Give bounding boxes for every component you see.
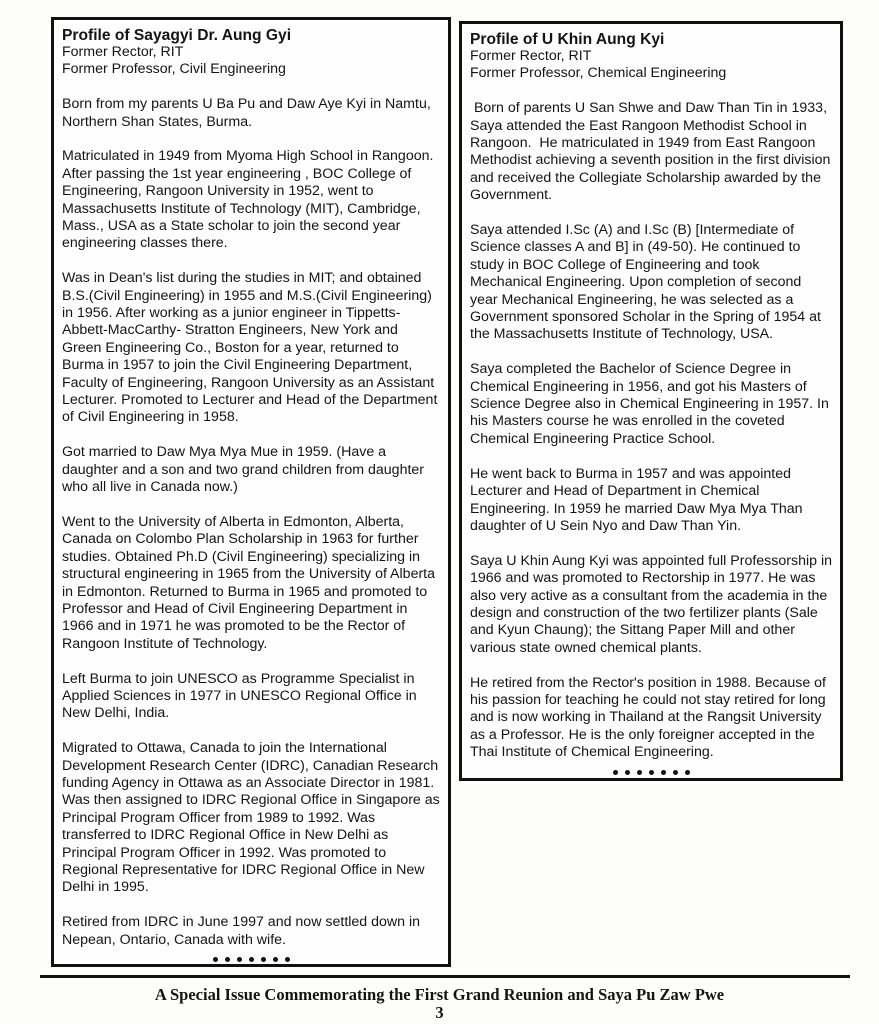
- paragraph: Matriculated in 1949 from Myoma High Sch…: [62, 148, 440, 252]
- paragraph: He went back to Burma in 1957 and was ap…: [470, 466, 832, 536]
- paragraph: Saya completed the Bachelor of Science D…: [470, 361, 832, 448]
- footer-title: A Special Issue Commemorating the First …: [0, 986, 879, 1004]
- profile-title: Profile of U Khin Aung Kyi: [470, 31, 832, 48]
- end-marker-dots-icon: [470, 767, 832, 779]
- paragraph: Left Burma to join UNESCO as Programme S…: [62, 671, 440, 723]
- end-marker-dots-icon: [62, 954, 440, 966]
- paragraph: Migrated to Ottawa, Canada to join the I…: [62, 740, 440, 897]
- paragraph: Was in Dean's list during the studies in…: [62, 270, 440, 427]
- profile-subtitle: Former Rector, RIT: [470, 48, 832, 65]
- footer-divider: [40, 975, 850, 978]
- profile-subtitle: Former Professor, Chemical Engineering: [470, 65, 832, 82]
- paragraph: Got married to Daw Mya Mya Mue in 1959. …: [62, 444, 440, 496]
- paragraph: Retired from IDRC in June 1997 and now s…: [62, 914, 440, 949]
- paragraph: He retired from the Rector's position in…: [470, 675, 832, 762]
- paragraph: Born of parents U San Shwe and Daw Than …: [470, 100, 832, 204]
- profile-title: Profile of Sayagyi Dr. Aung Gyi: [62, 27, 440, 44]
- profile-subtitle: Former Rector, RIT: [62, 44, 440, 61]
- paragraph: Went to the University of Alberta in Edm…: [62, 514, 440, 653]
- profile-box-khin-aung-kyi: Profile of U Khin Aung Kyi Former Rector…: [459, 21, 843, 781]
- paragraph: Saya U Khin Aung Kyi was appointed full …: [470, 553, 832, 657]
- profile-box-aung-gyi: Profile of Sayagyi Dr. Aung Gyi Former R…: [51, 17, 451, 967]
- paragraph: Born from my parents U Ba Pu and Daw Aye…: [62, 96, 440, 131]
- paragraph: Saya attended I.Sc (A) and I.Sc (B) [Int…: [470, 222, 832, 344]
- profile-subtitle: Former Professor, Civil Engineering: [62, 61, 440, 78]
- page-number: 3: [0, 1004, 879, 1022]
